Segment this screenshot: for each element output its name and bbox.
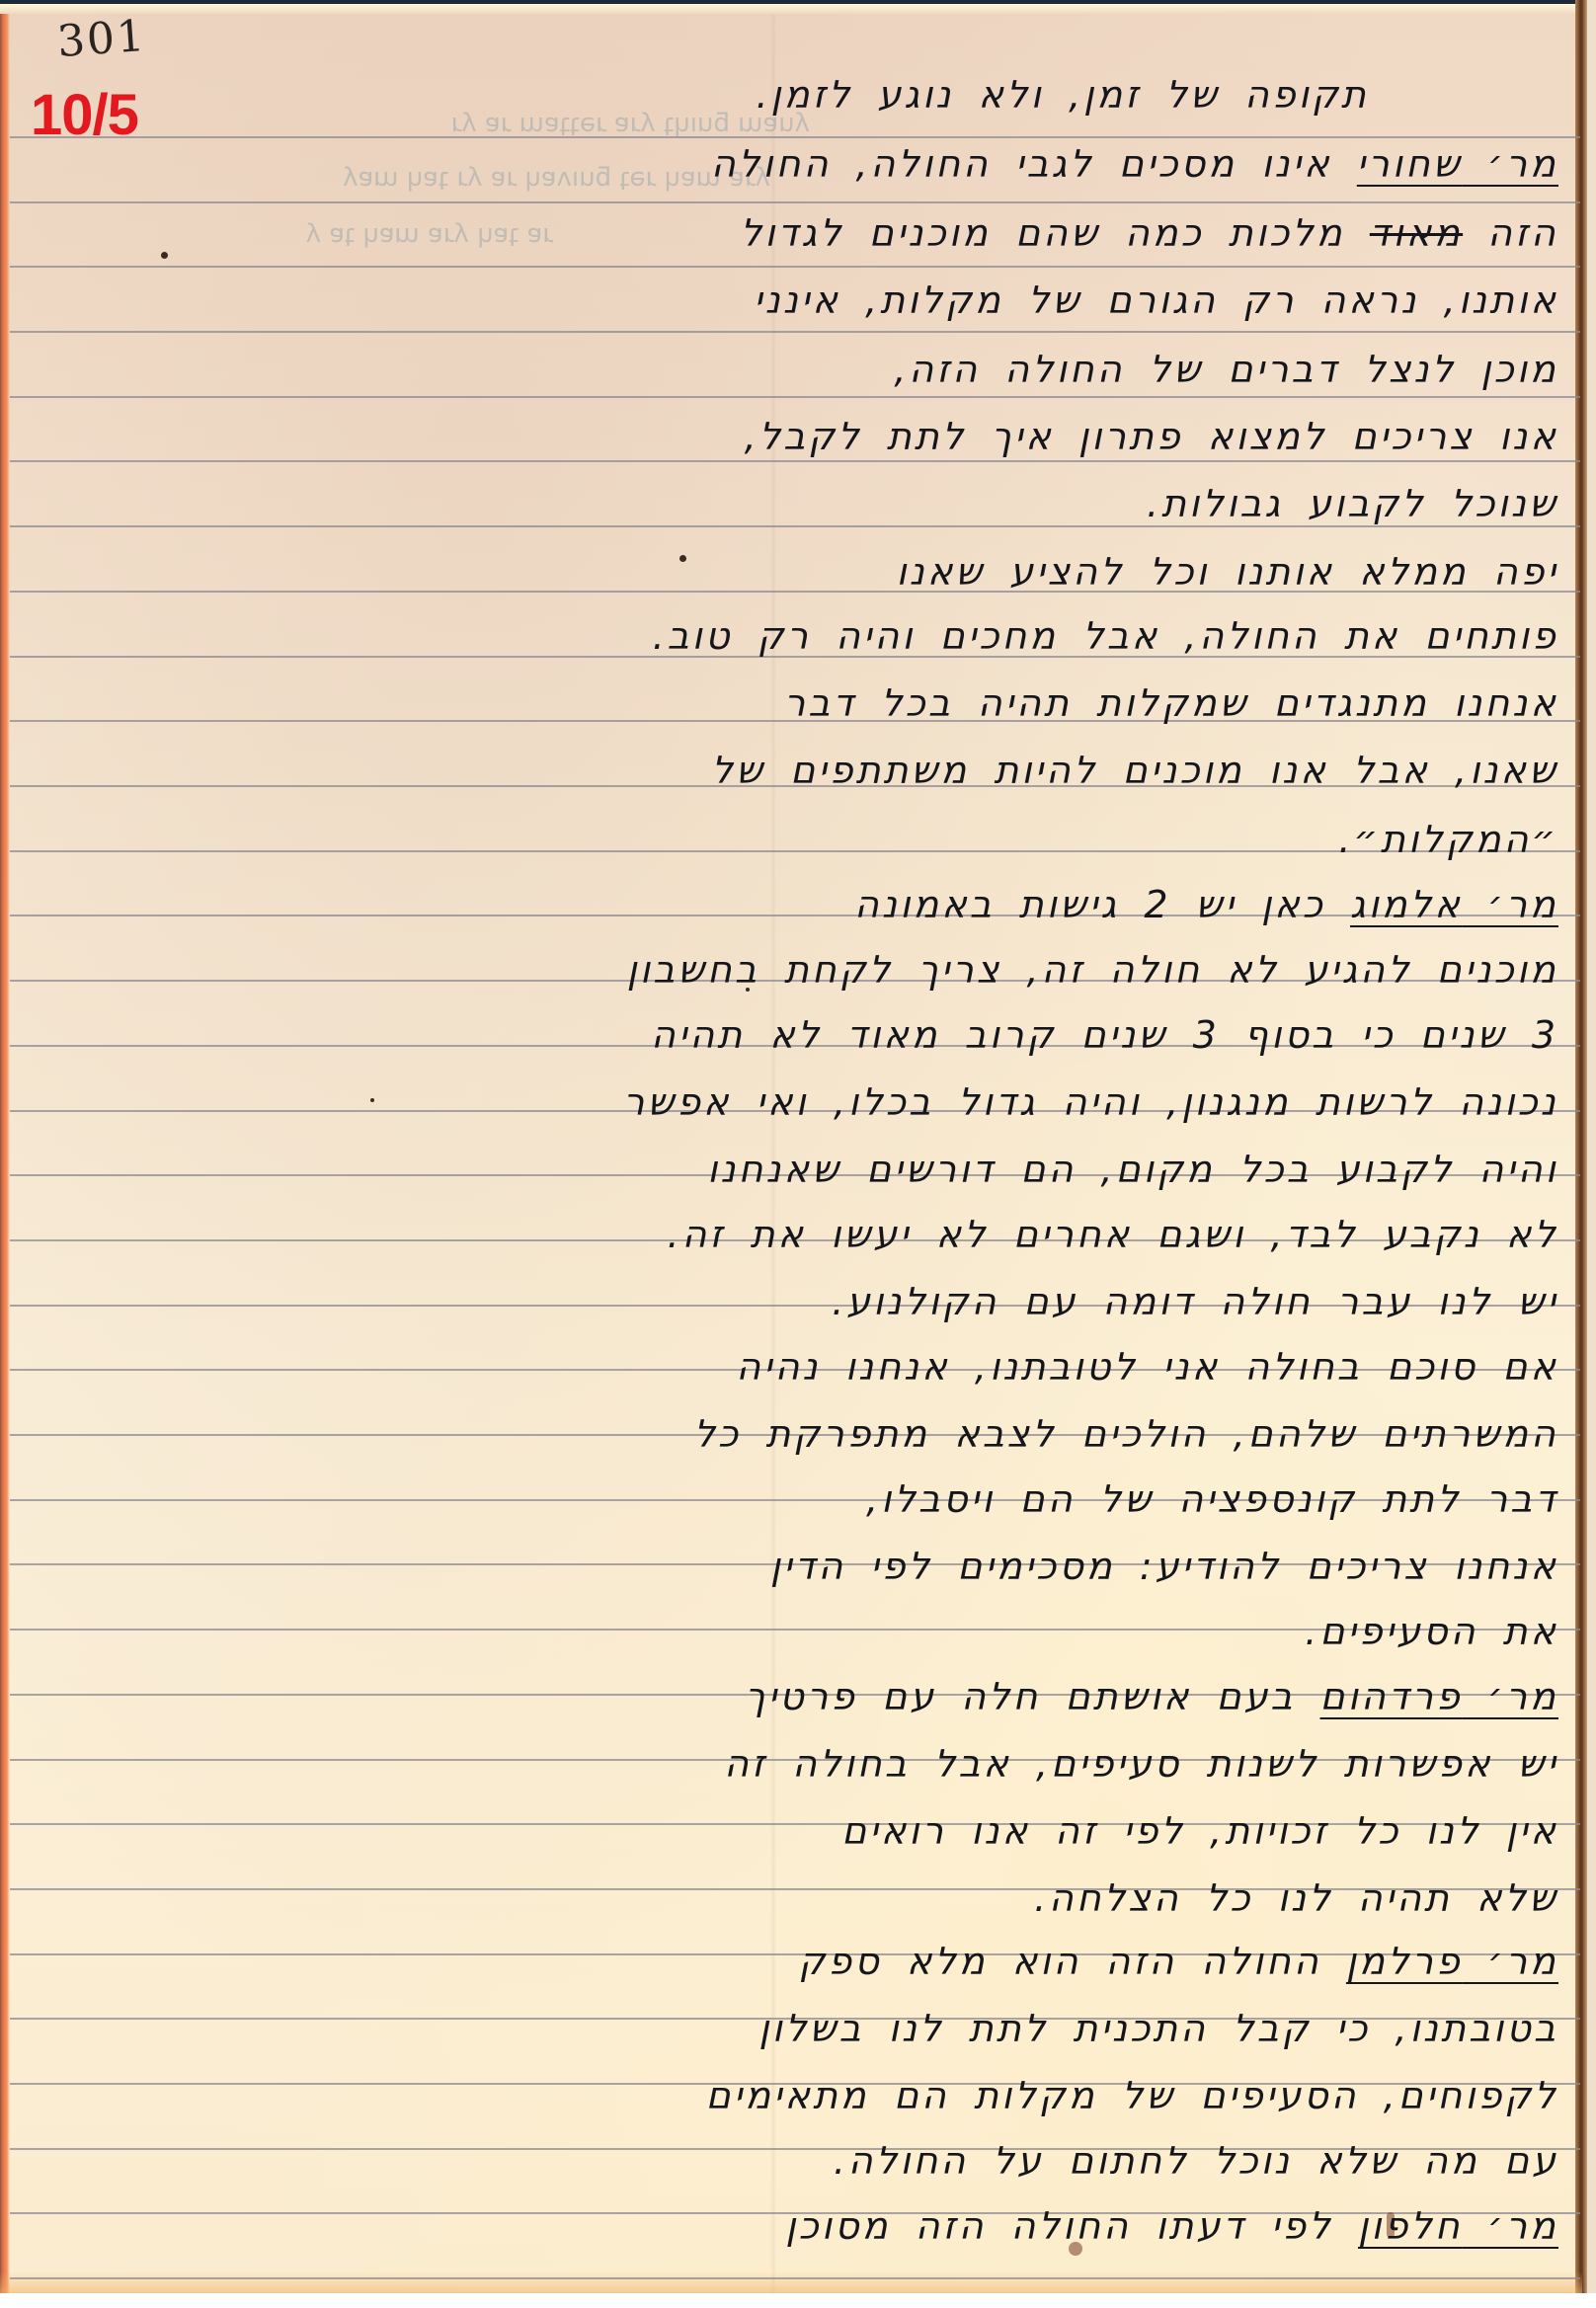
speaker-name: חלפון [1358, 2204, 1463, 2248]
page-bottom-stain [0, 2271, 1582, 2293]
speaker-prefix: מר׳ [1463, 142, 1558, 186]
handwritten-line: מר׳ חלפון לפי דעתו החולה הזה מסוכן [785, 2202, 1558, 2250]
handwritten-line: הזה מאוד מלכות כמה שהם מוכנים לגדול [741, 209, 1558, 257]
speaker-name: פרלמן [1346, 1940, 1463, 1983]
ruled-line [10, 396, 1580, 398]
notebook-spine-edge [1575, 0, 1587, 2293]
date-label: 10/5 [31, 87, 138, 144]
handwritten-line: מר׳ פרלמן החולה הזה הוא מלא ספק [799, 1938, 1558, 1985]
handwritten-line: יש אפשרות לשנות סעיפים, אבל בחולה זה [724, 1740, 1558, 1788]
ruled-line [10, 266, 1580, 268]
handwritten-line: אין לנו כל זכויות, לפי זה אנו רואים [841, 1807, 1558, 1855]
handwritten-line: יפה ממלא אותנו וכל להציע שאנו [896, 548, 1558, 596]
speaker-prefix: מר׳ [1463, 1675, 1558, 1718]
speaker-prefix: מר׳ [1463, 1940, 1558, 1983]
handwritten-line: 3 שנים כי בסוף 3 שנים קרוב מאוד לא תהיה [651, 1011, 1558, 1059]
handwritten-line: אותנו, נראה רק הגורם של מקלות, אינני [754, 277, 1558, 324]
handwritten-line: בטובתנו, כי קבל התכנית לתת לנו בשלון [758, 2005, 1558, 2052]
handwritten-line: יש לנו עבר חולה דומה עם הקולנוע. [832, 1278, 1558, 1325]
ink-speck [679, 555, 686, 562]
speaker-name: פרדהום [1320, 1675, 1463, 1718]
ruled-line [10, 2277, 1580, 2279]
ink-speck [370, 1098, 374, 1102]
handwritten-line: מר׳ אלמוג כאן יש 2 גישות באמונה [854, 881, 1558, 928]
handwritten-line: והיה לקבוע בכל מקום, הם דורשים שאנחנו [707, 1146, 1558, 1193]
handwritten-line: אם סוכם בחולה אני לטובתנו, אנחנו נהיה [736, 1343, 1558, 1391]
handwritten-line: מוכן לנצל דברים של החולה הזה, [894, 346, 1558, 393]
handwritten-line: מר׳ פרדהום בעם אושתם חלה עם פרטיך [745, 1673, 1558, 1720]
ruled-line [10, 201, 1580, 203]
handwritten-line: פותחים את החולה, אבל מחכים והיה רק טוב. [653, 612, 1558, 660]
handwritten-line: תקופה של זמן, ולא נוגע לזמן. [756, 71, 1369, 119]
handwritten-line: מר׳ שחורי אינו מסכים לגבי החולה, החולה [711, 140, 1558, 188]
ruled-line [10, 460, 1580, 462]
handwritten-line: שלא תהיה לנו כל הצלחה. [1034, 1874, 1558, 1922]
handwritten-line: שאנו, אבל אנו מוכנים להיות משתתפים של [712, 747, 1558, 794]
speaker-name: שחורי [1357, 142, 1463, 186]
bleed-through-text: ʎuɐɯ ƃuıɥʇ ʎɹɐ ɹǝʇʇɐɯ ɹɐ ʎɹ [119, 109, 810, 138]
scan-bottom-border [0, 2293, 1596, 2308]
handwritten-line: לקפוחים, הסעיפים של מקלות הם מתאימים [706, 2072, 1558, 2119]
handwritten-line: עם מה שלא נוכל לחתום על החולה. [834, 2137, 1558, 2185]
scan-glare [0, 4, 1580, 14]
handwritten-line: המשרתים שלהם, הולכים לצבא מתפרקת כל [694, 1410, 1558, 1458]
handwritten-line: שנוכל לקבוע גבולות. [1147, 480, 1558, 527]
speaker-prefix: מר׳ [1463, 2204, 1558, 2248]
ruled-line [10, 331, 1580, 333]
bleed-through-text: ɹɐ ʇɐɥ ʎɹɐ ɯɐɥ ʇɐ ʎ [59, 219, 553, 249]
struck-word: מאוד [1370, 211, 1463, 255]
handwritten-line: ״המקלות״. [1338, 816, 1558, 863]
handwritten-line: אנחנו מתנגדים שמקלות תהיה בכל דבר [784, 679, 1558, 727]
handwritten-page-number: 301 [55, 11, 147, 67]
speaker-name: אלמוג [1350, 883, 1463, 926]
handwritten-line: אנו צריכים למצוא פתרון איך לתת לקבל, [745, 413, 1558, 460]
handwritten-line: מוכנים להגיע לא חולה זה, צריך לקחת בחשבו… [627, 946, 1558, 994]
speaker-prefix: מר׳ [1463, 883, 1558, 926]
page-left-edge [0, 14, 10, 2293]
handwritten-line: דבר לתת קונספציה של הם ויסבלו, [866, 1475, 1558, 1523]
handwritten-line: נכונה לרשות מנגנון, והיה גדול בכלו, ואי … [623, 1078, 1558, 1126]
bleed-through-text: ʎɹɐ ɯɐɥ ɹǝʇ ƃuıʌɐɥ ɹɐ ʎɹ ʇɐɥ ɯɐʎ [59, 163, 770, 193]
handwritten-line: אנחנו צריכים להודיע: מסכימים לפי הדין [770, 1543, 1558, 1590]
handwritten-line: את הסעיפים. [1305, 1608, 1558, 1655]
handwritten-line: לא נקבע לבד, ושגם אחרים לא יעשו את זה. [668, 1211, 1559, 1258]
page-right-margin [1587, 0, 1596, 2293]
ink-speck [161, 252, 168, 259]
